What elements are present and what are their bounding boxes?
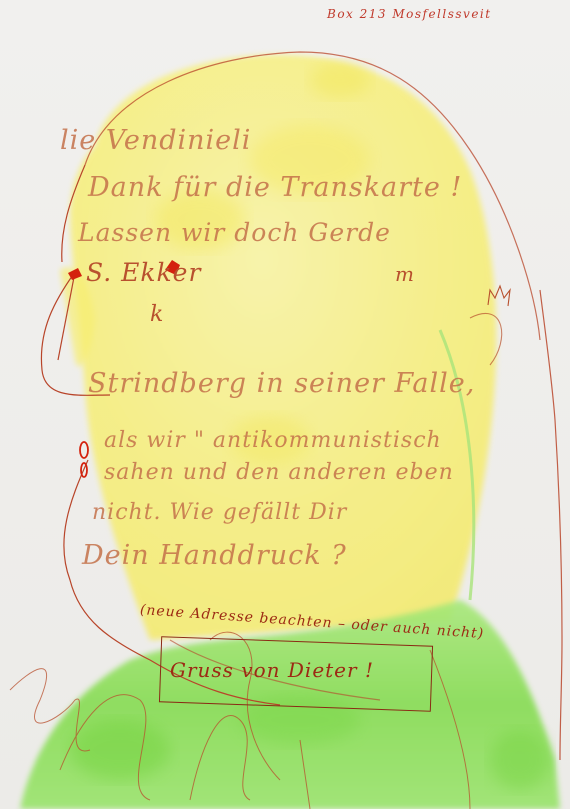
letter-line: als wir " antikommunistisch xyxy=(104,428,442,453)
letter-sheet: Box 213 Mosfellssveit lie Vendinieli Dan… xyxy=(0,0,570,809)
letter-line: Strindberg in seiner Falle, xyxy=(88,368,475,399)
address: Box 213 Mosfellssveit xyxy=(327,7,492,21)
letter-line: S. Ekker xyxy=(86,258,201,287)
letter-line: nicht. Wie gefällt Dir xyxy=(92,500,347,525)
letter-line: Dank für die Transkarte ! xyxy=(88,172,462,203)
closing: Gruss von Dieter ! xyxy=(170,658,374,682)
letter-line: Lassen wir doch Gerde xyxy=(78,218,391,247)
letter-line: sahen und den anderen eben xyxy=(104,460,454,485)
salutation: lie Vendinieli xyxy=(60,125,251,156)
letter-line: Dein Handdruck ? xyxy=(82,540,347,571)
letter-mark: m xyxy=(395,262,415,286)
letter-mark: k xyxy=(150,302,164,327)
